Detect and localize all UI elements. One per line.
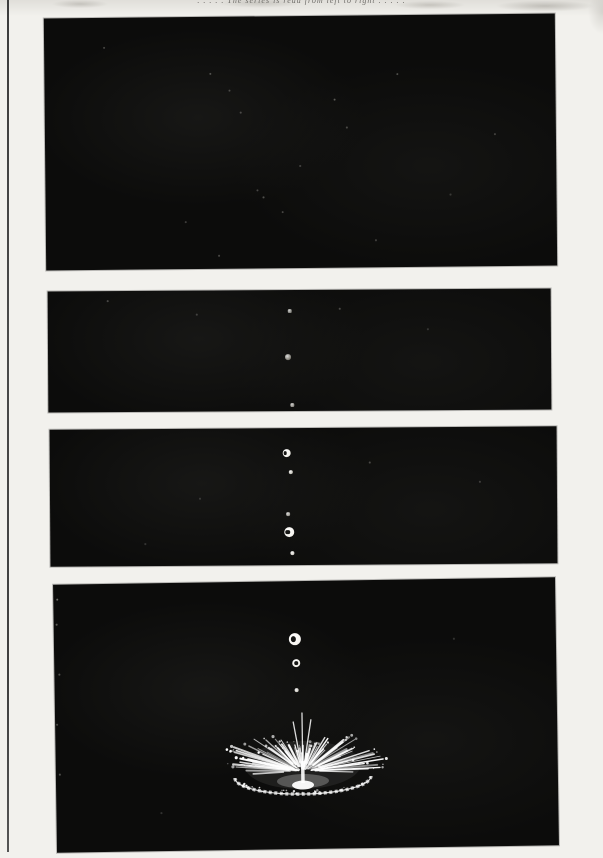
film-speck (453, 638, 454, 639)
water-droplet (286, 512, 289, 515)
film-speck (479, 481, 481, 483)
film-speck (427, 329, 428, 330)
film-speck (56, 599, 58, 601)
film-speck (450, 194, 451, 195)
film-speck (263, 197, 265, 199)
droplet-core (294, 661, 298, 665)
film-speck (56, 624, 58, 626)
film-speck (346, 127, 348, 129)
film-speck (282, 211, 284, 213)
water-droplet (289, 633, 302, 646)
film-speck (300, 165, 301, 166)
water-droplet (290, 551, 294, 555)
water-droplet (294, 688, 298, 692)
droplet-shadow (290, 636, 295, 642)
film-speck (339, 308, 341, 310)
droplet-shadow (285, 530, 289, 535)
film-speck (196, 314, 198, 316)
film-speck (209, 73, 211, 75)
photo-panel-frame-1-empty (44, 14, 557, 271)
film-speck (375, 240, 376, 241)
film-speck (199, 498, 200, 499)
film-speck (333, 98, 335, 100)
water-droplet (292, 659, 300, 667)
splash-crown (187, 705, 418, 808)
film-speck (59, 774, 61, 776)
photo-panel-frame-2-drop-released (48, 288, 552, 412)
scanned-page: . . . . . The series is read from left t… (0, 0, 603, 858)
film-speck (396, 73, 398, 75)
film-speck (218, 255, 220, 257)
film-speck (145, 543, 146, 544)
water-droplet (282, 449, 290, 457)
film-speck (185, 221, 187, 223)
film-speck (369, 462, 371, 464)
film-speck (494, 133, 496, 135)
film-speck (107, 300, 109, 302)
film-speck (103, 47, 105, 49)
photo-panel-frame-3-drops-falling (50, 426, 558, 567)
water-droplet (289, 470, 293, 474)
film-speck (240, 112, 242, 114)
film-speck (161, 812, 162, 813)
film-speck (228, 90, 230, 92)
water-droplet (284, 527, 294, 537)
water-droplet (291, 403, 294, 406)
water-droplet (285, 354, 290, 359)
droplet-shadow (284, 451, 288, 455)
film-speck (59, 674, 61, 676)
film-speck (56, 724, 58, 726)
plate (0, 0, 603, 858)
water-droplet (288, 309, 291, 312)
photo-panel-frame-4-splash (53, 577, 559, 852)
film-speck (256, 189, 258, 191)
